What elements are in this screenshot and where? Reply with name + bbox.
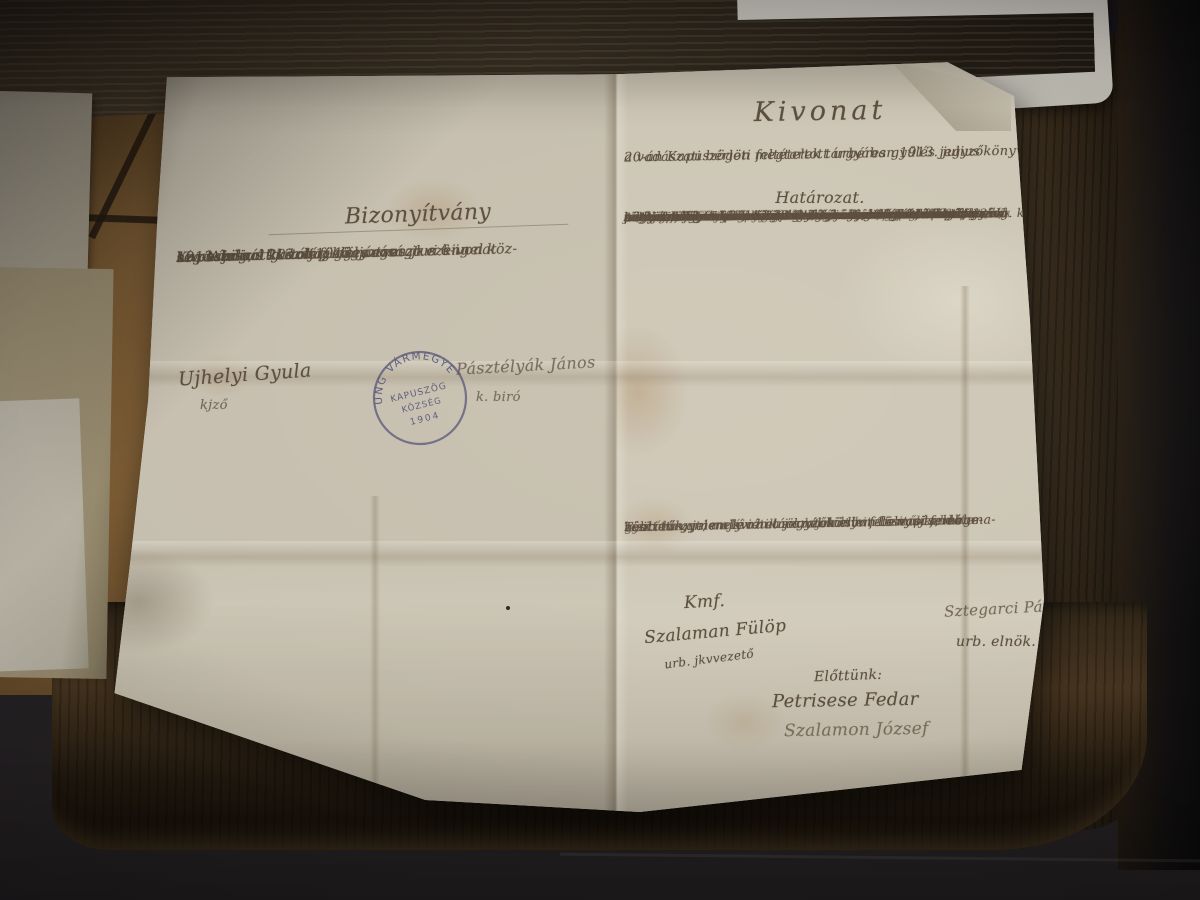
document-shadow-wrap: Bizonyítvány Alulirott község elöljárósá… (0, 0, 1200, 900)
vertical-crease-right-page (960, 286, 970, 812)
signature-notary-role: kjző (200, 398, 228, 413)
text-line: ságba pedig az urb. választmányt már ez … (624, 205, 962, 227)
witness-signature-2: Szalamon József (784, 719, 929, 742)
document-left-page (108, 60, 616, 812)
text-line: kiküldi. (624, 208, 672, 227)
dust-speck (1150, 606, 1154, 610)
dust-speck (506, 606, 510, 610)
center-fold-line (604, 60, 628, 812)
handwritten-document: Bizonyítvány Alulirott község elöljárósá… (108, 60, 1044, 812)
attestation-label: Előttünk: (814, 667, 883, 685)
signature-judge-role: k. biró (476, 390, 521, 405)
signature-chairman-role: urb. elnök. (956, 634, 1036, 650)
photo-of-handwritten-document: Bizonyítvány Alulirott község elöljárósá… (0, 0, 1200, 900)
witness-signature-1: Petrisese Fedar (772, 689, 919, 713)
horizontal-crease (108, 541, 1044, 567)
kmf-abbreviation: Kmf. (684, 591, 726, 613)
vertical-crease-left-page (370, 496, 380, 812)
stamp-line3: 1904 (409, 411, 441, 428)
